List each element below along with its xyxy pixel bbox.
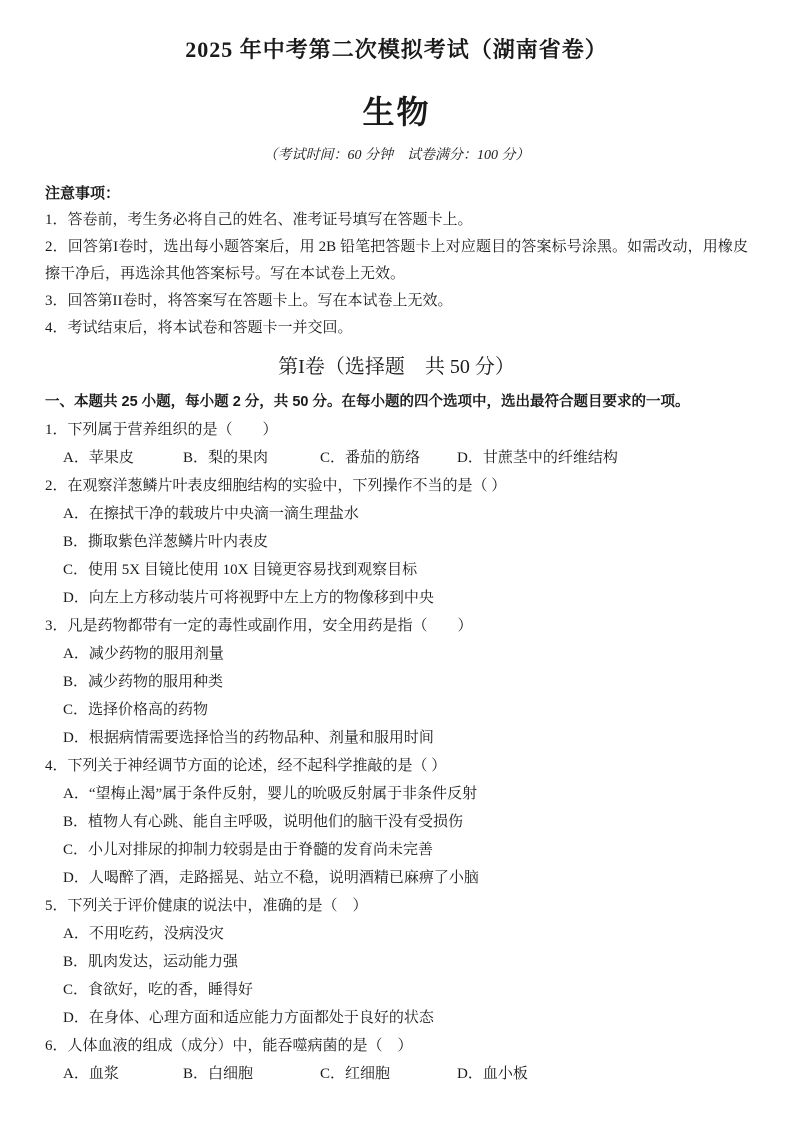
- question-1: 1．下列属于营养组织的是（ ） A．苹果皮 B．梨的果肉 C．番茄的筋络 D．甘…: [45, 416, 748, 472]
- option-c: C．红细胞: [320, 1060, 457, 1088]
- option-d: D．在身体、心理方面和适应能力方面都处于良好的状态: [63, 1004, 748, 1032]
- option-c: C．食欲好，吃的香，睡得好: [63, 976, 748, 1004]
- note-item-3: 3．回答第II卷时，将答案写在答题卡上。写在本试卷上无效。: [45, 288, 748, 315]
- option-d: D．人喝醉了酒，走路摇晃、站立不稳，说明酒精已麻痹了小脑: [63, 864, 748, 892]
- exam-info-line: （考试时间：60 分钟 试卷满分：100 分）: [45, 146, 748, 166]
- option-c: C．选择价格高的药物: [63, 696, 748, 724]
- exam-paper-page: 2025 年中考第二次模拟考试（湖南省卷） 生物 （考试时间：60 分钟 试卷满…: [0, 0, 793, 1122]
- option-a: A．“望梅止渴”属于条件反射，婴儿的吮吸反射属于非条件反射: [63, 780, 748, 808]
- part-instruction: 一、本题共 25 小题，每小题 2 分，共 50 分。在每小题的四个选项中，选出…: [45, 388, 748, 416]
- question-stem: 2．在观察洋葱鳞片叶表皮细胞结构的实验中，下列操作不当的是（ ）: [45, 472, 748, 500]
- option-a: A．苹果皮: [63, 444, 183, 472]
- option-d: D．根据病情需要选择恰当的药物品种、剂量和服用时间: [63, 724, 748, 752]
- question-3: 3．凡是药物都带有一定的毒性或副作用，安全用药是指（ ） A．减少药物的服用剂量…: [45, 612, 748, 752]
- note-item-2: 2．回答第I卷时，选出每小题答案后，用 2B 铅笔把答题卡上对应题目的答案标号涂…: [45, 234, 748, 288]
- note-item-4: 4．考试结束后，将本试卷和答题卡一并交回。: [45, 315, 748, 342]
- option-d: D．血小板: [457, 1060, 748, 1088]
- section-heading: 第I卷（选择题 共 50 分）: [45, 352, 748, 382]
- note-item-1: 1．答卷前，考生务必将自己的姓名、准考证号填写在答题卡上。: [45, 207, 748, 234]
- option-d: D．甘蔗茎中的纤维结构: [457, 444, 748, 472]
- question-stem: 1．下列属于营养组织的是（ ）: [45, 416, 748, 444]
- option-b: B．梨的果肉: [183, 444, 320, 472]
- option-a: A．在擦拭干净的载玻片中央滴一滴生理盐水: [63, 500, 748, 528]
- option-c: C．使用 5X 目镜比使用 10X 目镜更容易找到观察目标: [63, 556, 748, 584]
- option-d: D．向左上方移动装片可将视野中左上方的物像移到中央: [63, 584, 748, 612]
- question-options: A．血浆 B．白细胞 C．红细胞 D．血小板: [63, 1060, 748, 1088]
- option-b: B．肌肉发达，运动能力强: [63, 948, 748, 976]
- question-2: 2．在观察洋葱鳞片叶表皮细胞结构的实验中，下列操作不当的是（ ） A．在擦拭干净…: [45, 472, 748, 612]
- question-stem: 6．人体血液的组成（成分）中，能吞噬病菌的是（ ）: [45, 1032, 748, 1060]
- question-5: 5．下列关于评价健康的说法中，准确的是（ ） A．不用吃药，没病没灾 B．肌肉发…: [45, 892, 748, 1032]
- question-4: 4．下列关于神经调节方面的论述，经不起科学推敲的是（ ） A．“望梅止渴”属于条…: [45, 752, 748, 892]
- question-stem: 3．凡是药物都带有一定的毒性或副作用，安全用药是指（ ）: [45, 612, 748, 640]
- option-a: A．不用吃药，没病没灾: [63, 920, 748, 948]
- option-a: A．减少药物的服用剂量: [63, 640, 748, 668]
- question-stem: 5．下列关于评价健康的说法中，准确的是（ ）: [45, 892, 748, 920]
- question-stem: 4．下列关于神经调节方面的论述，经不起科学推敲的是（ ）: [45, 752, 748, 780]
- option-b: B．白细胞: [183, 1060, 320, 1088]
- subject-title: 生物: [45, 92, 748, 132]
- exam-title: 2025 年中考第二次模拟考试（湖南省卷）: [45, 34, 748, 66]
- option-b: B．撕取紫色洋葱鳞片叶内表皮: [63, 528, 748, 556]
- question-6: 6．人体血液的组成（成分）中，能吞噬病菌的是（ ） A．血浆 B．白细胞 C．红…: [45, 1032, 748, 1088]
- option-c: C．番茄的筋络: [320, 444, 457, 472]
- option-b: B．植物人有心跳、能自主呼吸，说明他们的脑干没有受损伤: [63, 808, 748, 836]
- question-options: A．苹果皮 B．梨的果肉 C．番茄的筋络 D．甘蔗茎中的纤维结构: [63, 444, 748, 472]
- option-b: B．减少药物的服用种类: [63, 668, 748, 696]
- notes-heading: 注意事项：: [45, 180, 748, 207]
- option-a: A．血浆: [63, 1060, 183, 1088]
- option-c: C．小儿对排尿的抑制力较弱是由于脊髓的发育尚未完善: [63, 836, 748, 864]
